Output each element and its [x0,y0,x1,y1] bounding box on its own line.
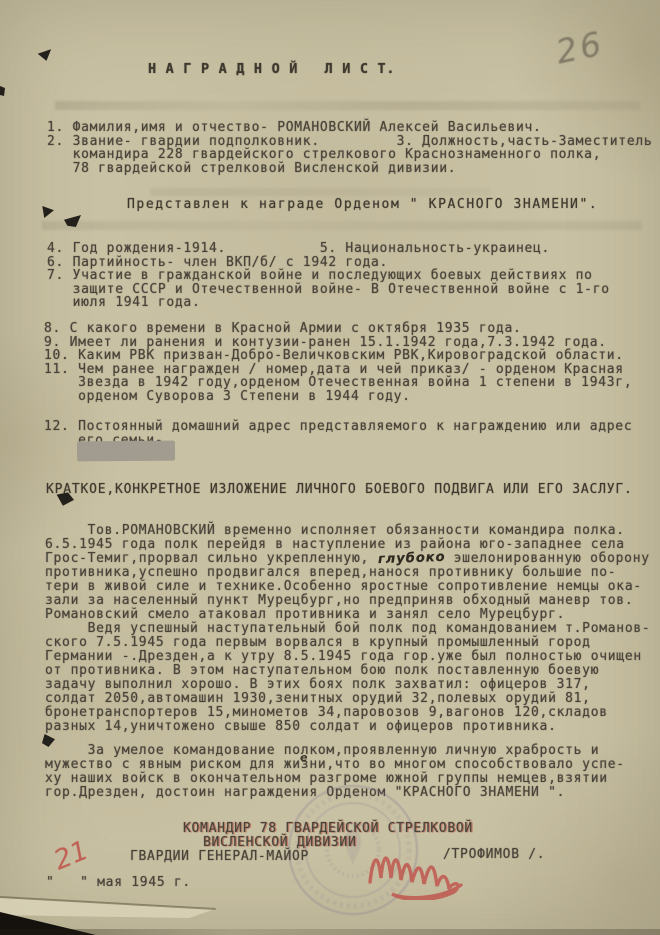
fields-8-11: 8. С какого времени в Красной Армии с ок… [44,322,632,403]
fields-4-7: 4. Год рождения-1914. 5. Национальность-… [47,242,610,310]
signature-rank: ГВАРДИИ ГЕНЕРАЛ-МАЙОР [130,850,309,864]
document-title: Н А Г Р А Д Н О Й Л И С Т. [148,63,395,77]
erased-text-smudge [55,101,640,110]
handwritten-correction: е [300,751,307,764]
award-statement: Представлен к награде Орденом " КРАСНОГО… [127,198,598,212]
ink-blot [41,206,54,218]
page-bottom-edge [0,929,660,935]
date-line: " " мая 1945 г. [46,876,191,890]
section-heading: КРАТКОЕ,КОНКРЕТНОЕ ИЗЛОЖЕНИЕ ЛИЧНОГО БОЕ… [46,483,633,497]
page-number-handwritten: 26 [552,23,607,71]
citation-paragraph-2: Ведя успешный наступательный бой полк по… [45,622,650,734]
ink-blot [0,86,5,96]
signature-line-2: ВИСЛЕНСКОЙ ДИВИЗИИ [203,836,356,850]
erased-text-smudge [42,221,642,230]
signature-line-1: КОМАНДИР 78 ГВАРДЕЙСКОЙ СТРЕЛКОВОЙ [183,822,473,836]
handwritten-insert: глубоко [377,551,445,567]
handwritten-day: 21 [49,835,92,877]
document-page: 26 Н А Г Р А Д Н О Й Л И С Т. 1. Фамилия… [0,0,660,935]
signature-autograph-icon [362,838,482,900]
erased-text-smudge [150,188,490,196]
citation-paragraph-1: Тов.РОМАНОВСКИЙ временно исполняет обяза… [45,524,650,622]
redaction-box [77,441,175,462]
fields-1-3: 1. Фамилия,имя и отчество- РОМАНОВСКИЙ А… [47,121,652,175]
ink-blot [37,49,52,62]
